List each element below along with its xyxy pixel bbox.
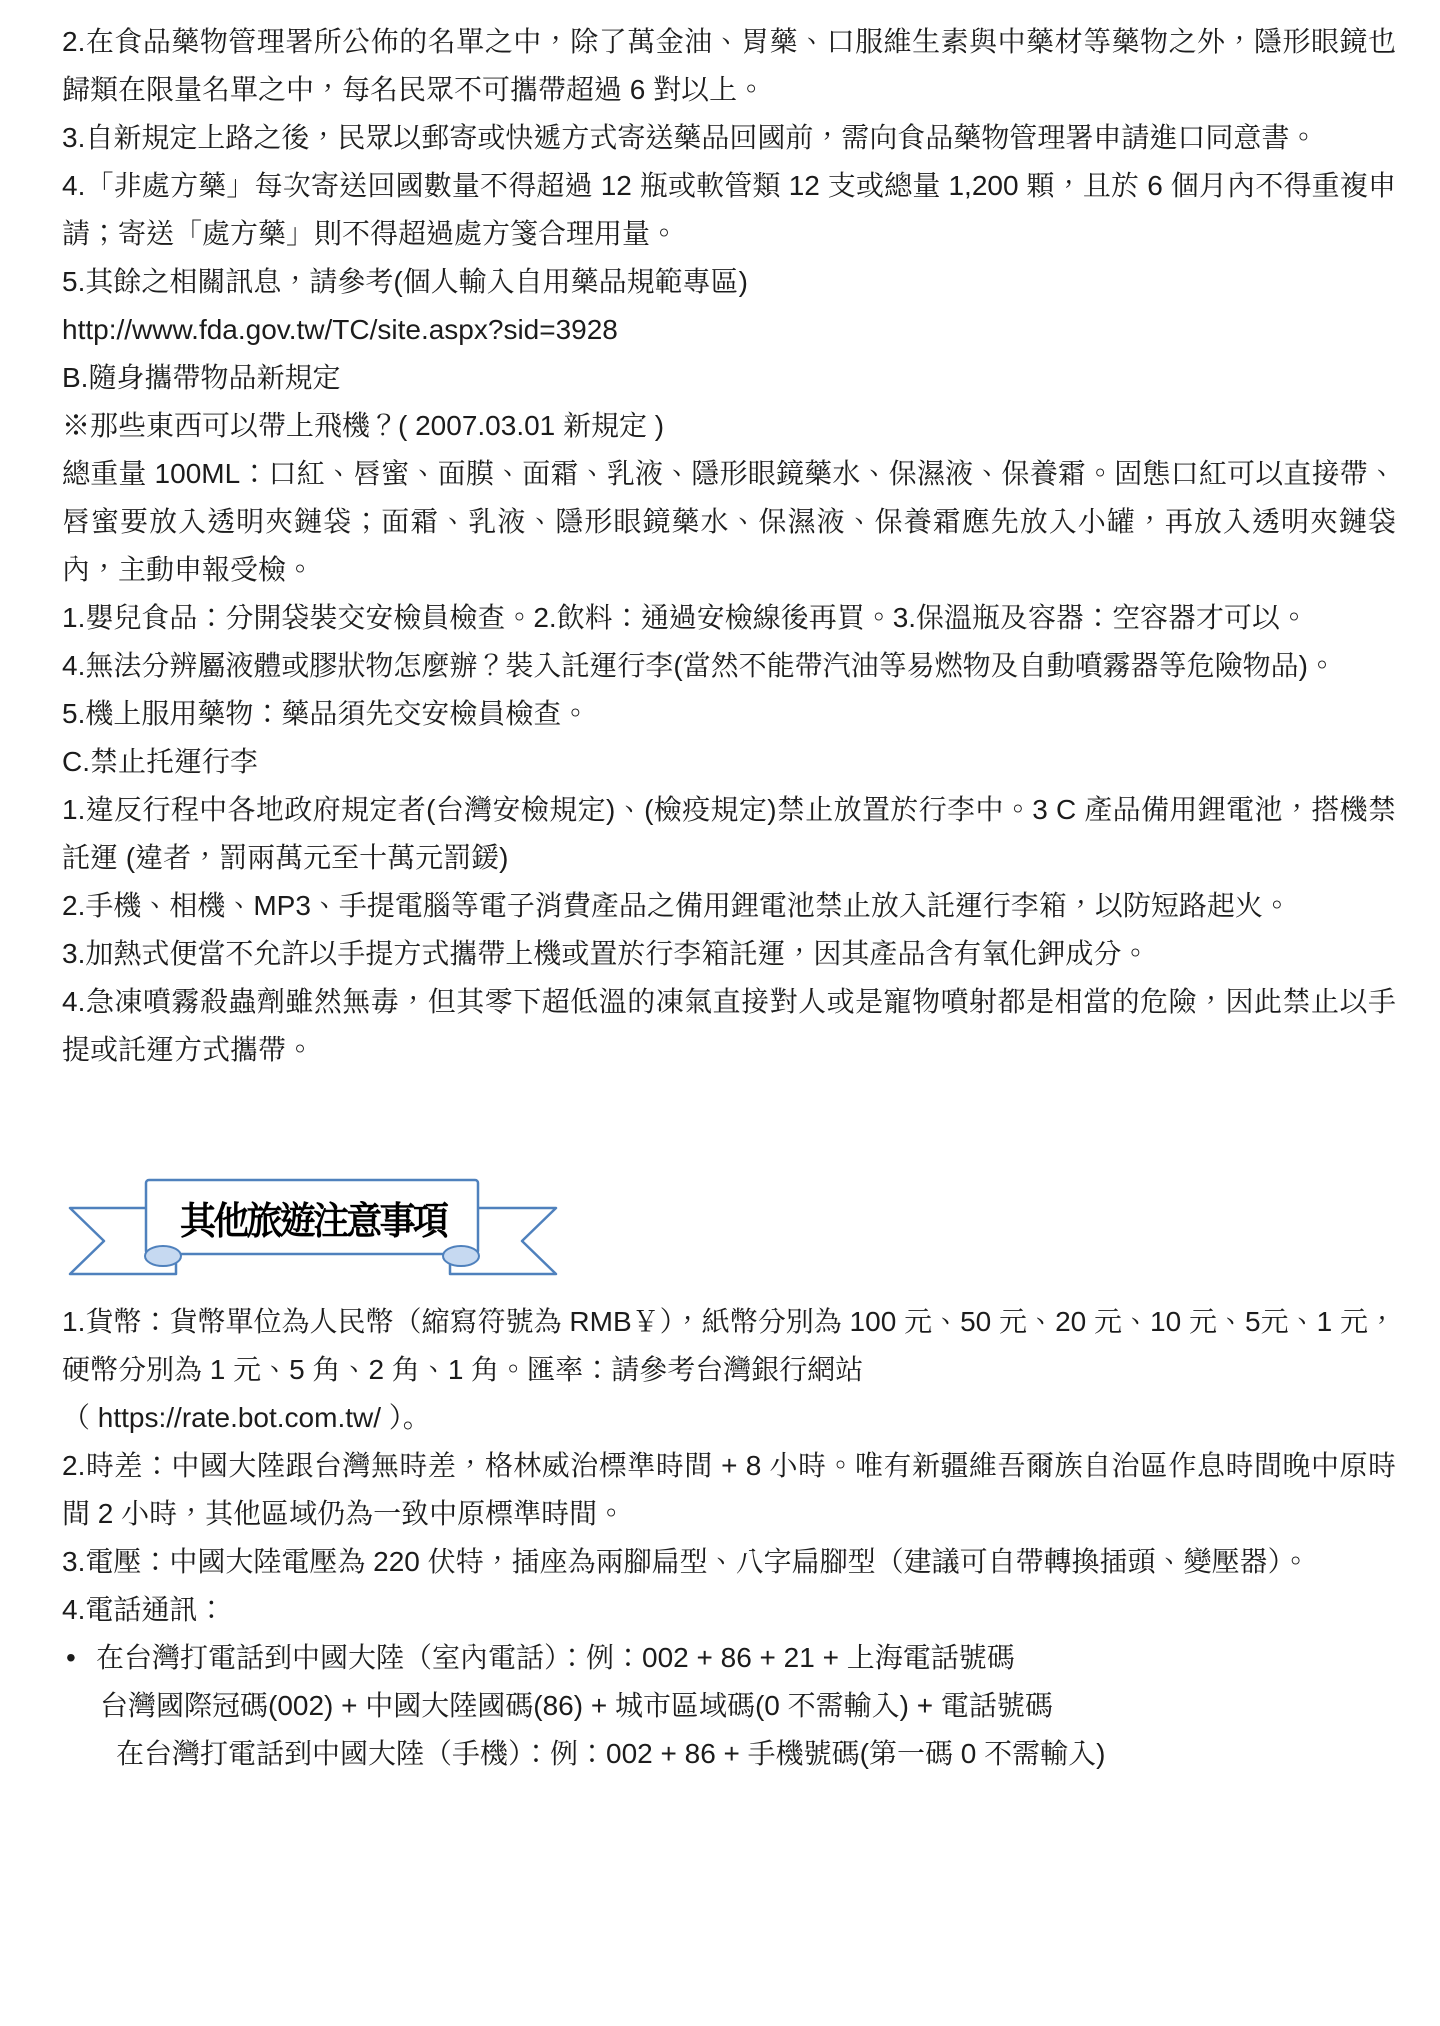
section-customs-rules: 2.在食品藥物管理署所公佈的名單之中，除了萬金油、胃藥、口服維生素與中藥材等藥物… [62, 18, 1396, 1074]
paragraph: ※那些東西可以帶上飛機？( 2007.03.01 新規定 ) [62, 402, 1396, 450]
paragraph: 2.手機、相機、MP3、手提電腦等電子消費產品之備用鋰電池禁止放入託運行李箱，以… [62, 882, 1396, 930]
paragraph: 2.時差：中國大陸跟台灣無時差，格林威治標準時間 + 8 小時。唯有新疆維吾爾族… [62, 1442, 1396, 1538]
document-page: 2.在食品藥物管理署所公佈的名單之中，除了萬金油、胃藥、口服維生素與中藥材等藥物… [0, 0, 1440, 2026]
section-banner: 其他旅遊注意事項 [66, 1176, 560, 1278]
paragraph: C.禁止托運行李 [62, 738, 1396, 786]
section-other-travel-notes: 1.貨幣：貨幣單位為人民幣（縮寫符號為 RMB￥），紙幣分別為 100 元、50… [62, 1298, 1396, 1778]
link-text[interactable]: （ https://rate.bot.com.tw/ ）。 [62, 1394, 1396, 1442]
bullet-marker: • [62, 1634, 96, 1682]
paragraph: •在台灣打電話到中國大陸（室內電話）：例：002 + 86 + 21 + 上海電… [62, 1634, 1396, 1682]
paragraph: 4.電話通訊： [62, 1586, 1396, 1634]
paragraph-text: 在台灣打電話到中國大陸（室內電話）：例：002 + 86 + 21 + 上海電話… [96, 1634, 1015, 1682]
paragraph: 4.無法分辨屬液體或膠狀物怎麼辦？裝入託運行李(當然不能帶汽油等易燃物及自動噴霧… [62, 642, 1396, 690]
paragraph: 1.貨幣：貨幣單位為人民幣（縮寫符號為 RMB￥），紙幣分別為 100 元、50… [62, 1298, 1396, 1394]
paragraph: 在台灣打電話到中國大陸（手機）：例：002 + 86 + 手機號碼(第一碼 0 … [62, 1730, 1396, 1778]
paragraph: 4.急凍噴霧殺蟲劑雖然無毒，但其零下超低溫的凍氣直接對人或是寵物噴射都是相當的危… [62, 978, 1396, 1074]
paragraph: B.隨身攜帶物品新規定 [62, 354, 1396, 402]
paragraph: 3.自新規定上路之後，民眾以郵寄或快遞方式寄送藥品回國前，需向食品藥物管理署申請… [62, 114, 1396, 162]
paragraph: 1.違反行程中各地政府規定者(台灣安檢規定)、(檢疫規定)禁止放置於行李中。3 … [62, 786, 1396, 882]
paragraph: 5.其餘之相關訊息，請參考(個人輸入自用藥品規範專區) [62, 258, 1396, 306]
paragraph: 3.加熱式便當不允許以手提方式攜帶上機或置於行李箱託運，因其產品含有氧化鉀成分。 [62, 930, 1396, 978]
paragraph: 台灣國際冠碼(002) + 中國大陸國碼(86) + 城市區域碼(0 不需輸入)… [62, 1682, 1396, 1730]
paragraph: 5.機上服用藥物：藥品須先交安檢員檢查。 [62, 690, 1396, 738]
paragraph: 3.電壓：中國大陸電壓為 220 伏特，插座為兩腳扁型、八字扁腳型（建議可自帶轉… [62, 1538, 1396, 1586]
paragraph: 2.在食品藥物管理署所公佈的名單之中，除了萬金油、胃藥、口服維生素與中藥材等藥物… [62, 18, 1396, 114]
paragraph: 1.嬰兒食品：分開袋裝交安檢員檢查。2.飲料：通過安檢線後再買。3.保溫瓶及容器… [62, 594, 1396, 642]
paragraph: 4.「非處方藥」每次寄送回國數量不得超過 12 瓶或軟管類 12 支或總量 1,… [62, 162, 1396, 258]
section-banner-title: 其他旅遊注意事項 [156, 1180, 470, 1254]
paragraph: 總重量 100ML：口紅、唇蜜、面膜、面霜、乳液、隱形眼鏡藥水、保濕液、保養霜。… [62, 450, 1396, 594]
link-text[interactable]: http://www.fda.gov.tw/TC/site.aspx?sid=3… [62, 306, 1396, 354]
